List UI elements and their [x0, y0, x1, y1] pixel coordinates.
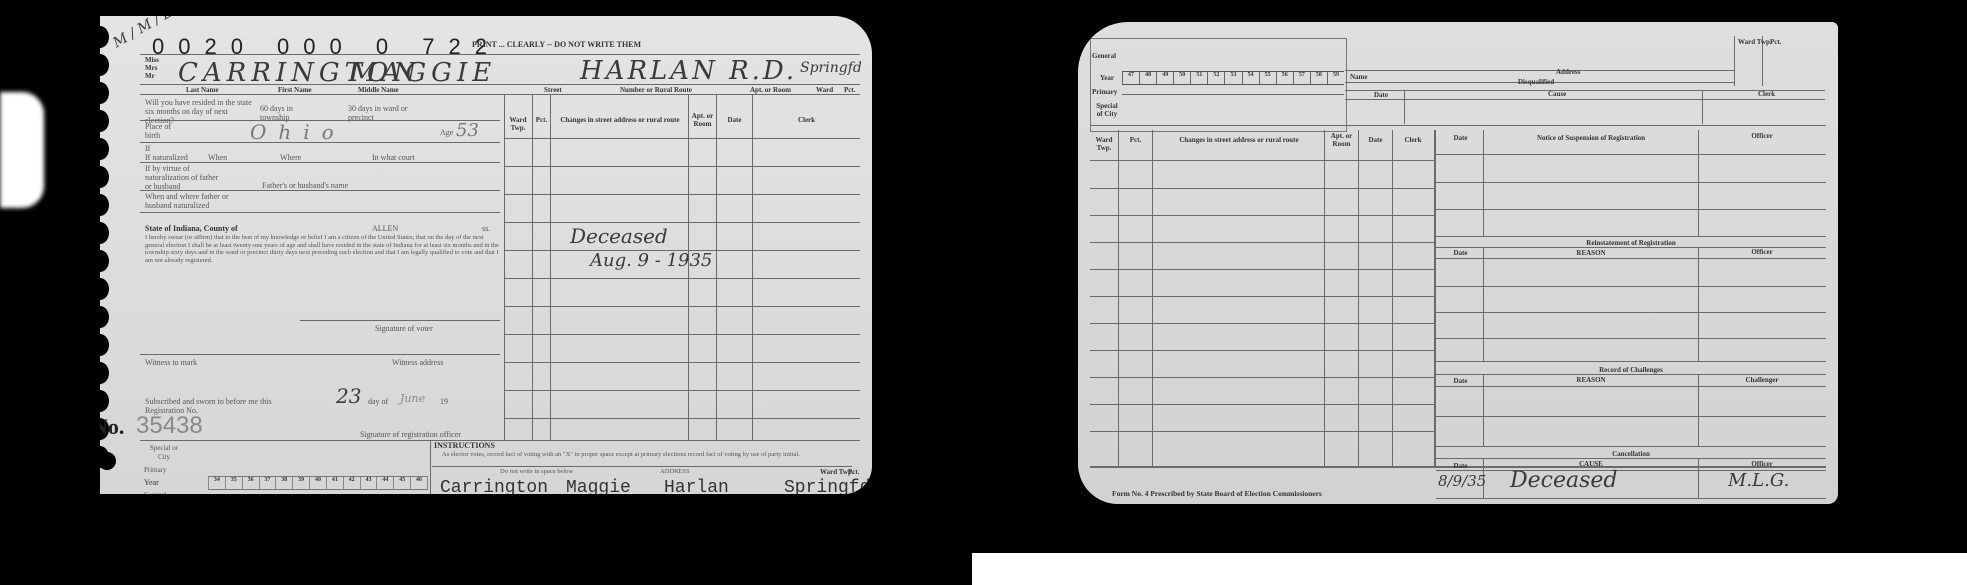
number-label: Number or Rural Route — [620, 86, 692, 94]
first-name-label: First Name — [278, 86, 312, 94]
state-line: State of Indiana, County of — [145, 224, 238, 233]
chal-reason-label: REASON — [1484, 376, 1698, 384]
disq-date-label: Date — [1374, 91, 1388, 99]
typed-last-name: Carrington — [440, 478, 548, 494]
suspension-title: Notice of Suspension of Registration — [1484, 134, 1698, 142]
last-name-label: Last Name — [186, 86, 218, 94]
when-label: When — [208, 153, 227, 162]
instructions-text: As elector votes, record fact of voting … — [442, 451, 842, 458]
voter-signature-label: Signature of voter — [375, 324, 433, 333]
ss-label: ss. — [482, 224, 490, 233]
grid-label-primary: Primary — [144, 466, 167, 475]
challenger-label: Challenger — [1699, 376, 1825, 384]
disqualified-label: Disqualified — [1518, 78, 1554, 86]
cancel-cause-label: CAUSE — [1484, 460, 1698, 468]
fathers-name-label: Father's or husband's name — [262, 181, 348, 190]
naturalized-label: If naturalized — [145, 153, 188, 162]
typed-first-name: Maggie — [566, 478, 631, 494]
virtue-label: If by virtue of naturalization of father… — [145, 164, 225, 191]
cancel-date-value: 8/9/35 — [1438, 472, 1486, 490]
rc-ward-label: Ward Twp. — [1738, 38, 1772, 46]
year-row-left: 34 35 36 37 38 39 40 41 42 43 44 45 46 — [208, 476, 428, 490]
age-label: Age — [440, 128, 453, 137]
registrar-signature-label: Signature of registration officer — [360, 430, 461, 439]
voting-year-grid — [1090, 38, 1347, 132]
rc-col-clerk: Clerk — [1393, 136, 1433, 144]
subscribed-month: June — [400, 392, 425, 405]
punch-hole — [100, 452, 116, 470]
title-mr: Mr — [145, 72, 155, 80]
birthplace-label: Place of birth — [145, 122, 185, 140]
subscribed-year: 19 — [440, 397, 448, 406]
middle-name-label: Middle Name — [358, 86, 399, 94]
reinst-reason-label: REASON — [1484, 249, 1698, 257]
pct-label: Pct. — [844, 86, 855, 94]
ward-value: Springfd — [800, 60, 862, 76]
grid-general: General — [1092, 52, 1116, 60]
oath-text: I hereby swear (or affirm) that to the b… — [145, 234, 500, 264]
court-label: In what court — [372, 153, 415, 162]
instr-pct-label: Pct. — [848, 468, 859, 476]
witness-address-label: Witness address — [392, 358, 443, 367]
blank-region — [972, 553, 1967, 585]
grid-special: Special of City — [1094, 102, 1120, 118]
susp-date-label: Date — [1438, 134, 1483, 142]
voter-registration-card-front: M / M / L 0020 000 0 722 PRINT ... CLEAR… — [100, 16, 872, 494]
col-date: Date — [717, 116, 752, 124]
registration-prefix: No. — [100, 414, 124, 440]
col-clerk: Clerk — [753, 116, 860, 124]
cancellation-title: Cancellation — [1436, 450, 1826, 458]
ward-label: Ward — [816, 86, 833, 94]
grid-year: Year — [1100, 74, 1114, 82]
address-label: Address — [1556, 68, 1580, 76]
street-label: Street — [544, 86, 562, 94]
voter-registration-card-back: General Year Primary Special of City 47 … — [1078, 22, 1838, 504]
disq-clerk-label: Clerk — [1758, 90, 1775, 98]
cancel-officer-label: Officer — [1699, 460, 1825, 468]
film-light-artifact — [0, 92, 44, 208]
grid-label-year: Year — [144, 478, 159, 487]
change-entry-date: Aug. 9 - 1935 — [590, 250, 712, 271]
rc-pct-label: Pct. — [1770, 38, 1781, 46]
age-value: 53 — [456, 120, 479, 141]
change-entry-deceased: Deceased — [570, 224, 668, 248]
name-label: Name — [1350, 73, 1368, 81]
reinst-date-label: Date — [1438, 249, 1483, 257]
cancel-officer-value: M.L.G. — [1728, 470, 1789, 491]
grid-primary: Primary — [1092, 88, 1117, 96]
disq-cause-label: Cause — [1548, 90, 1566, 98]
challenges-title: Record of Challenges — [1436, 366, 1826, 374]
instructions-title: INSTRUCTIONS — [434, 442, 495, 450]
address-label: ADDRESS — [660, 467, 690, 476]
registration-number: 35438 — [136, 412, 203, 440]
apt-label: Apt. or Room — [750, 86, 791, 94]
county-value: ALLEN — [372, 224, 398, 233]
cancel-date-label: Date — [1438, 462, 1483, 470]
birthplace-value: Ohio — [250, 120, 346, 144]
form-footer: Form No. 4 Prescribed by State Board of … — [1112, 490, 1322, 498]
cancel-cause-value: Deceased — [1510, 468, 1618, 493]
rc-col-changes: Changes in street address or rural route — [1154, 136, 1324, 144]
year-row-right: 47 48 49 50 51 52 53 54 55 56 57 58 59 — [1122, 71, 1344, 85]
header-note: PRINT ... CLEARLY -- DO NOT WRITE THEM — [472, 41, 641, 49]
grid-label-general: General — [144, 491, 166, 494]
serial-stamp: 0020 000 0 722 — [152, 34, 501, 60]
reinst-officer-label: Officer — [1699, 248, 1825, 256]
witness-label: Witness to mark — [145, 358, 197, 367]
rc-col-apt: Apt. or Room — [1325, 132, 1358, 148]
grid-label-special: Special or City — [144, 444, 184, 462]
reinstatement-title: Reinstatement of Registration — [1436, 239, 1826, 247]
col-pct: Pct. — [533, 116, 550, 124]
rc-col-ward: Ward Twp. — [1090, 136, 1118, 152]
chal-date-label: Date — [1438, 377, 1483, 385]
title-miss: Miss — [145, 56, 159, 64]
street-value: HARLAN R.D. — [580, 56, 797, 86]
susp-officer-label: Officer — [1699, 132, 1825, 140]
rc-col-pct: Pct. — [1119, 136, 1152, 144]
title-mrs: Mrs — [145, 64, 157, 72]
rc-col-date: Date — [1359, 136, 1392, 144]
when-where-label: When and where father or husband natural… — [145, 192, 245, 210]
col-apt: Apt. or Room — [689, 112, 716, 128]
col-ward: Ward Twp. — [505, 116, 531, 132]
do-not-write-label: Do not write in space below — [500, 467, 573, 476]
subscribed-day: 23 — [336, 384, 361, 408]
typed-ward: Springfd. — [784, 478, 872, 494]
col-changes: Changes in street address or rural route — [552, 116, 688, 124]
subscribed-text: Subscribed and sworn to before me this — [145, 397, 272, 406]
typed-street: Harlan — [664, 478, 729, 494]
where-label: Where — [280, 153, 301, 162]
day-of-label: day of — [368, 397, 388, 406]
